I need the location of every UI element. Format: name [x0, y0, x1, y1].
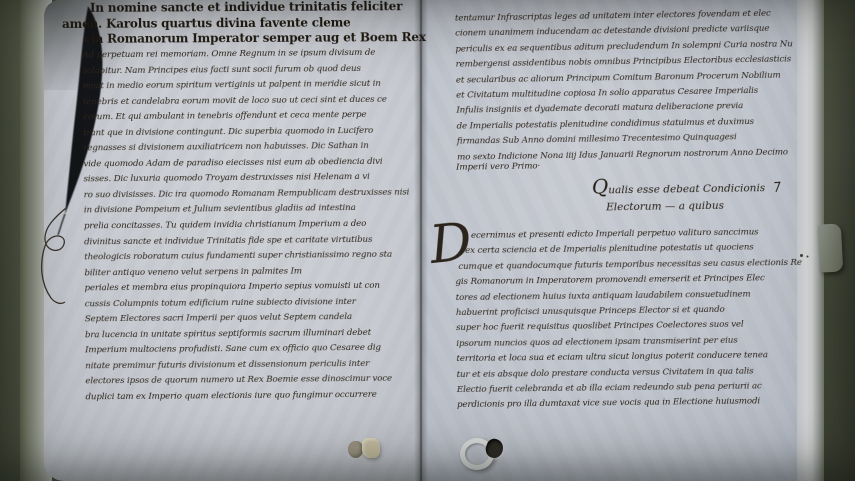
- manuscript-text-line: Electorum — a quibus: [606, 196, 812, 216]
- wax-repair-spots: [348, 436, 388, 466]
- bookmark-tab: [818, 223, 843, 272]
- right-page-paragraph-2: ecernimus et presenti edicto Imperiali p…: [455, 225, 793, 414]
- left-page-body: Ad perpetuam rei memoriam. Omne Regnum i…: [82, 46, 393, 406]
- manuscript-photo: In nomine sancte et individue trinitatis…: [0, 0, 855, 481]
- manuscript-text-line: In nomine sancte et individue trinitatis…: [84, 0, 406, 16]
- ink-specks: [800, 254, 803, 257]
- manuscript-text-line: duplici tam ex Imperio quam electionis i…: [85, 388, 393, 406]
- right-page-paragraph-1: tentamur Infrascriptas leges ad unitatem…: [455, 6, 789, 165]
- manuscript-text-line: theologicis roboratum cuius fundamenti s…: [84, 248, 392, 266]
- left-page-heading: In nomine sancte et individue trinitatis…: [84, 0, 406, 48]
- margin-flourish: [34, 206, 78, 310]
- manuscript-text-line: amen. Karolus quartus divina favente cle…: [62, 15, 406, 32]
- parchment-hole: [458, 435, 510, 467]
- wax-spot: [348, 441, 363, 458]
- right-page-colophon-line: Imperii vero Primo·: [456, 161, 540, 172]
- wax-spot: [362, 438, 380, 458]
- book-gutter: [414, 0, 428, 481]
- paraph-mark: ⁊: [771, 176, 780, 194]
